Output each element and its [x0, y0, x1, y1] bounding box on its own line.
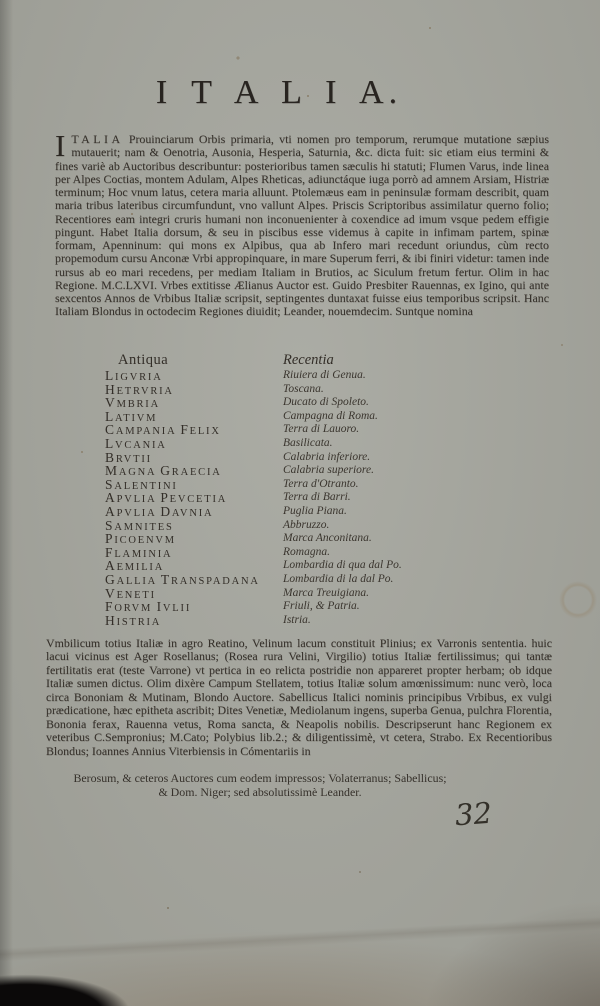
table-row: SALENTINITerra d'Otranto.: [105, 478, 445, 492]
recentia-cell: Friuli, & Patria.: [283, 600, 360, 614]
recentia-cell: Puglia Piana.: [283, 505, 347, 519]
table-row: HISTRIAIstria.: [105, 614, 445, 628]
recentia-cell: Marca Anconitana.: [283, 532, 372, 546]
table-row: APVLIA DAVNIAPuglia Piana.: [105, 505, 445, 519]
antiqua-cell: HISTRIA: [105, 614, 161, 630]
region-name-table: Antiqua Recentia LIGVRIARiuiera di Genua…: [105, 352, 445, 627]
book-page: I T A L I A. ITALIA Prouinciarum Orbis p…: [0, 0, 600, 1006]
recentia-cell: Terra di Lauoro.: [283, 423, 359, 437]
recentia-column-header: Recentia: [283, 352, 334, 369]
folio-number: 32: [454, 796, 493, 832]
table-row: FORVM IVLIIFriuli, & Patria.: [105, 600, 445, 614]
drop-cap-initial: I: [55, 133, 71, 158]
recentia-cell: Toscana.: [283, 383, 324, 397]
recentia-cell: Terra di Barri.: [283, 491, 351, 505]
recentia-cell: Riuiera di Genua.: [283, 369, 366, 383]
recentia-cell: Romagna.: [283, 546, 330, 560]
table-row: CAMPANIA FELIXTerra di Lauoro.: [105, 423, 445, 437]
table-body: LIGVRIARiuiera di Genua.HETRVRIAToscana.…: [105, 369, 445, 627]
table-row: SAMNITESAbbruzzo.: [105, 519, 445, 533]
recentia-cell: Istria.: [283, 614, 311, 628]
table-row: GALLIA TRANSPADANALombardia di la dal Po…: [105, 573, 445, 587]
recentia-cell: Calabria superiore.: [283, 464, 374, 478]
body-paragraph: Vmbilicum totius Italiæ in agro Reatino,…: [46, 637, 552, 758]
table-row: MAGNA GRAECIACalabria superiore.: [105, 464, 445, 478]
antiqua-column-header: Antiqua: [118, 352, 168, 369]
table-header-row: Antiqua Recentia: [105, 352, 445, 369]
recentia-cell: Campagna di Roma.: [283, 410, 378, 424]
intro-text: Prouinciarum Orbis primaria, vti nomen p…: [55, 132, 549, 318]
closing-line-2: & Dom. Niger; sed absolutissimè Leander.: [20, 786, 500, 799]
table-row: VENETIMarca Treuigiana.: [105, 587, 445, 601]
table-row: LATIVMCampagna di Roma.: [105, 410, 445, 424]
recentia-cell: Terra d'Otranto.: [283, 478, 359, 492]
intro-paragraph: ITALIA Prouinciarum Orbis primaria, vti …: [55, 133, 549, 319]
table-row: HETRVRIAToscana.: [105, 383, 445, 397]
intro-lead-word: TALIA: [71, 132, 123, 146]
recentia-cell: Ducato di Spoleto.: [283, 396, 369, 410]
table-row: FLAMINIARomagna.: [105, 546, 445, 560]
recentia-cell: Marca Treuigiana.: [283, 587, 369, 601]
recentia-cell: Calabria inferiore.: [283, 451, 370, 465]
page-title: I T A L I A.: [0, 74, 558, 112]
table-row: BRVTIICalabria inferiore.: [105, 451, 445, 465]
table-row: APVLIA PEVCETIATerra di Barri.: [105, 491, 445, 505]
recentia-cell: Basilicata.: [283, 437, 333, 451]
table-row: VMBRIADucato di Spoleto.: [105, 396, 445, 410]
recentia-cell: Lombardia di la dal Po.: [283, 573, 393, 587]
table-row: LIGVRIARiuiera di Genua.: [105, 369, 445, 383]
table-row: AEMILIALombardia di qua dal Po.: [105, 559, 445, 573]
table-row: PICOENVMMarca Anconitana.: [105, 532, 445, 546]
recentia-cell: Abbruzzo.: [283, 519, 329, 533]
recentia-cell: Lombardia di qua dal Po.: [283, 559, 402, 573]
closing-line-1: Berosum, & ceteros Auctores cum eodem im…: [20, 772, 500, 785]
photo-background: { "page": { "title": "I T A L I A.", "fo…: [0, 0, 600, 1006]
table-row: LVCANIABasilicata.: [105, 437, 445, 451]
